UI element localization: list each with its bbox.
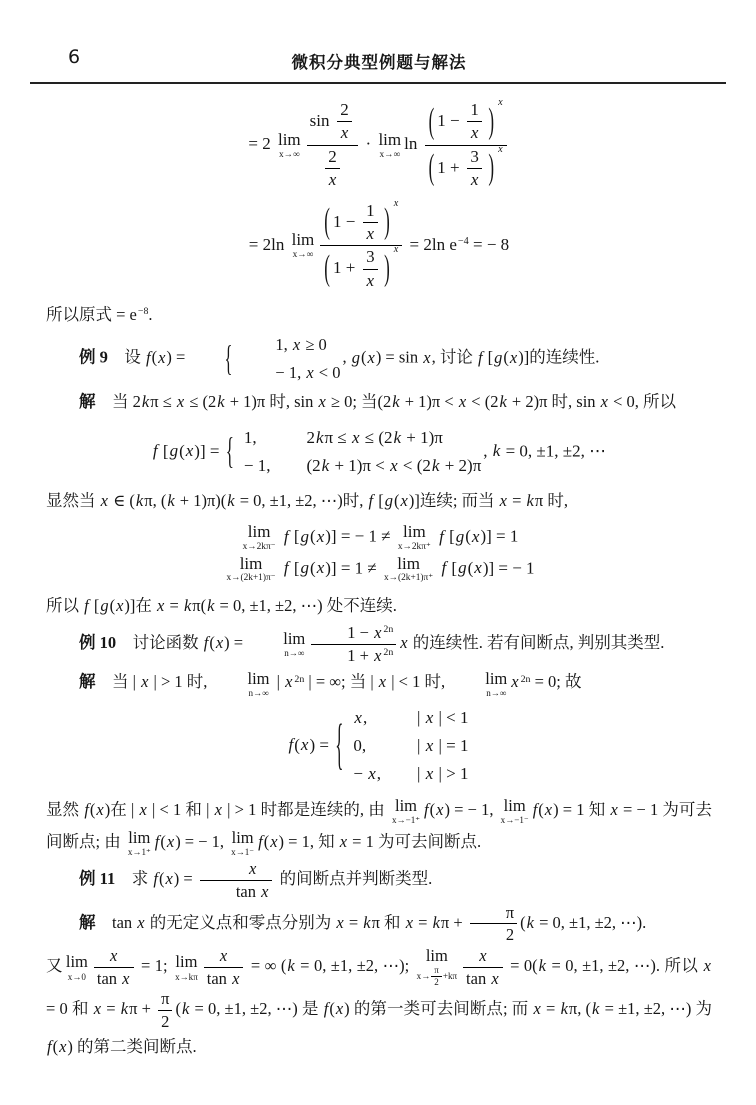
- header-rule: [30, 82, 726, 84]
- example-11-solution-intro: 解 tan x 的无定义点和零点分别为 x = kπ 和 x = kπ + π2…: [46, 903, 712, 946]
- formula-limits-at-2k1pi: limx→(2k+1)π⁻ f [g(x)] = 1 ≠ limx→(2k+1)…: [46, 555, 712, 584]
- example-11-limits-and-conclusion: 又limx→0xtan x = 1; limx→kπxtan x = ∞ (k …: [46, 946, 712, 1063]
- running-title: 微积分典型例题与解法: [46, 49, 712, 73]
- example-10-conclusion: 显然 f(x)在 | x | < 1 和 | x | > 1 时都是连续的, 由…: [46, 794, 712, 858]
- formula-limits-at-2kpi: limx→2kπ⁻ f [g(x)] = − 1 ≠ limx→2kπ⁺ f […: [46, 523, 712, 552]
- example-11-problem: 例 11 求 f(x) = xtan x 的间断点并判断类型.: [46, 859, 712, 902]
- formula-piecewise-fx: f(x) = {x,| x | < 10,| x | = 1− x,| x | …: [46, 705, 712, 788]
- example-9-solution-intro: 解 当 2kπ ≤ x ≤ (2k + 1)π 时, sin x ≥ 0; 当(…: [46, 386, 712, 418]
- example-9-continuity-discussion: 显然当 x ∈ (kπ, (k + 1)π)(k = 0, ±1, ±2, ⋯)…: [46, 485, 712, 517]
- example-9-conclusion: 所以 f [g(x)]在 x = kπ(k = 0, ±1, ±2, ⋯) 处不…: [46, 590, 712, 622]
- formula-limit-result-step: = 2ln limx→∞(1 − 1x)x(1 + 3x)x = 2ln e−4…: [46, 201, 712, 292]
- page-header: 6 微积分典型例题与解法: [46, 46, 712, 74]
- book-page: 6 微积分典型例题与解法 = 2 limx→∞sin 2x2x · limx→∞…: [0, 0, 756, 1105]
- formula-limit-split-step: = 2 limx→∞sin 2x2x · limx→∞ln (1 − 1x)x(…: [46, 100, 712, 191]
- formula-one-sided-limits: limx→2kπ⁻ f [g(x)] = − 1 ≠ limx→2kπ⁺ f […: [46, 523, 712, 583]
- example-10-problem: 例 10 讨论函数 f(x) = limn→∞1 − x2n1 + x2nx 的…: [46, 623, 712, 666]
- formula-piecewise-fgx: f [g(x)] = {1,2kπ ≤ x ≤ (2k + 1)π− 1,(2k…: [46, 425, 712, 480]
- example-10-solution-intro: 解 当 | x | > 1 时, limn→∞ | x2n | = ∞; 当 |…: [46, 666, 712, 698]
- example-9-problem: 例 9 设 f(x) = {1, x ≥ 0− 1, x < 0, g(x) =…: [46, 332, 712, 385]
- paragraph-result-e-minus-8: 所以原式 = e−8.: [46, 299, 712, 331]
